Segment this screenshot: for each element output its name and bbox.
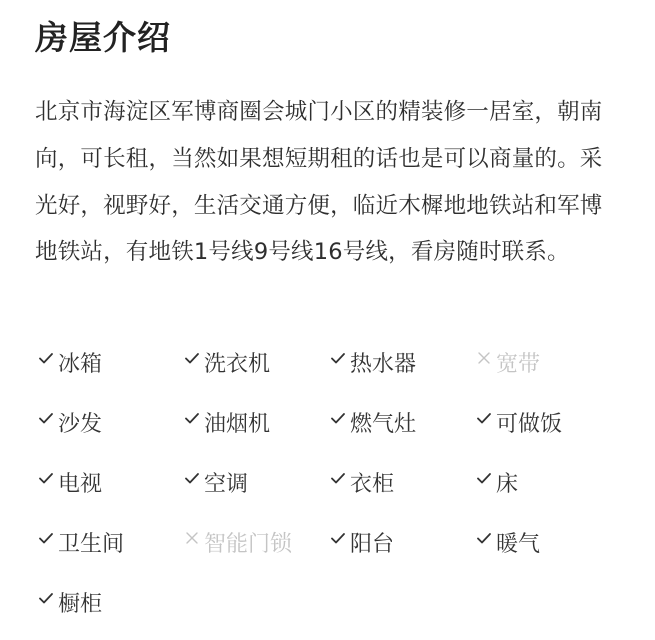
amenity-item: 卫生间 [37,520,183,564]
amenity-label: 衣柜 [350,467,394,498]
check-icon [37,590,54,606]
check-icon [329,530,346,546]
amenity-label: 床 [496,467,518,498]
check-icon [183,350,200,366]
amenity-item: 热水器 [329,340,475,384]
amenity-item: 冰箱 [37,340,183,384]
amenity-item: 衣柜 [329,460,475,504]
check-icon [183,410,200,426]
amenity-item: 油烟机 [183,400,329,444]
house-description: 北京市海淀区军博商圈会城门小区的精装修一居室，朝南向，可长租，当然如果想短期租的… [35,89,625,276]
amenity-label: 卫生间 [58,527,124,558]
amenity-label: 电视 [58,467,102,498]
check-icon [37,350,54,366]
amenity-label: 洗衣机 [204,347,270,378]
check-icon [37,410,54,426]
amenity-item: 宽带 [475,340,621,384]
amenity-item: 床 [475,460,621,504]
check-icon [475,470,492,486]
amenity-label: 可做饭 [496,407,562,438]
amenity-label: 宽带 [496,347,540,378]
amenity-label: 空调 [204,467,248,498]
amenities-grid: 冰箱洗衣机热水器宽带沙发油烟机燃气灶可做饭电视空调衣柜床卫生间智能门锁阳台暖气橱… [37,340,637,640]
amenity-label: 智能门锁 [204,527,292,558]
amenity-label: 橱柜 [58,587,102,618]
amenity-item: 空调 [183,460,329,504]
check-icon [37,530,54,546]
check-icon [329,410,346,426]
check-icon [329,350,346,366]
amenity-item: 橱柜 [37,580,183,624]
cross-icon [475,350,492,366]
amenity-item: 阳台 [329,520,475,564]
check-icon [329,470,346,486]
amenity-item: 智能门锁 [183,520,329,564]
amenity-item: 沙发 [37,400,183,444]
amenity-label: 暖气 [496,527,540,558]
amenity-item: 电视 [37,460,183,504]
check-icon [475,410,492,426]
amenity-item: 洗衣机 [183,340,329,384]
check-icon [475,530,492,546]
amenity-label: 油烟机 [204,407,270,438]
amenity-label: 沙发 [58,407,102,438]
check-icon [37,470,54,486]
amenity-item: 暖气 [475,520,621,564]
check-icon [183,470,200,486]
cross-icon [183,530,200,546]
amenity-label: 热水器 [350,347,416,378]
section-title: 房屋介绍 [35,16,171,60]
amenity-item: 燃气灶 [329,400,475,444]
amenity-label: 燃气灶 [350,407,416,438]
amenity-label: 冰箱 [58,347,102,378]
amenity-item: 可做饭 [475,400,621,444]
amenity-label: 阳台 [350,527,394,558]
